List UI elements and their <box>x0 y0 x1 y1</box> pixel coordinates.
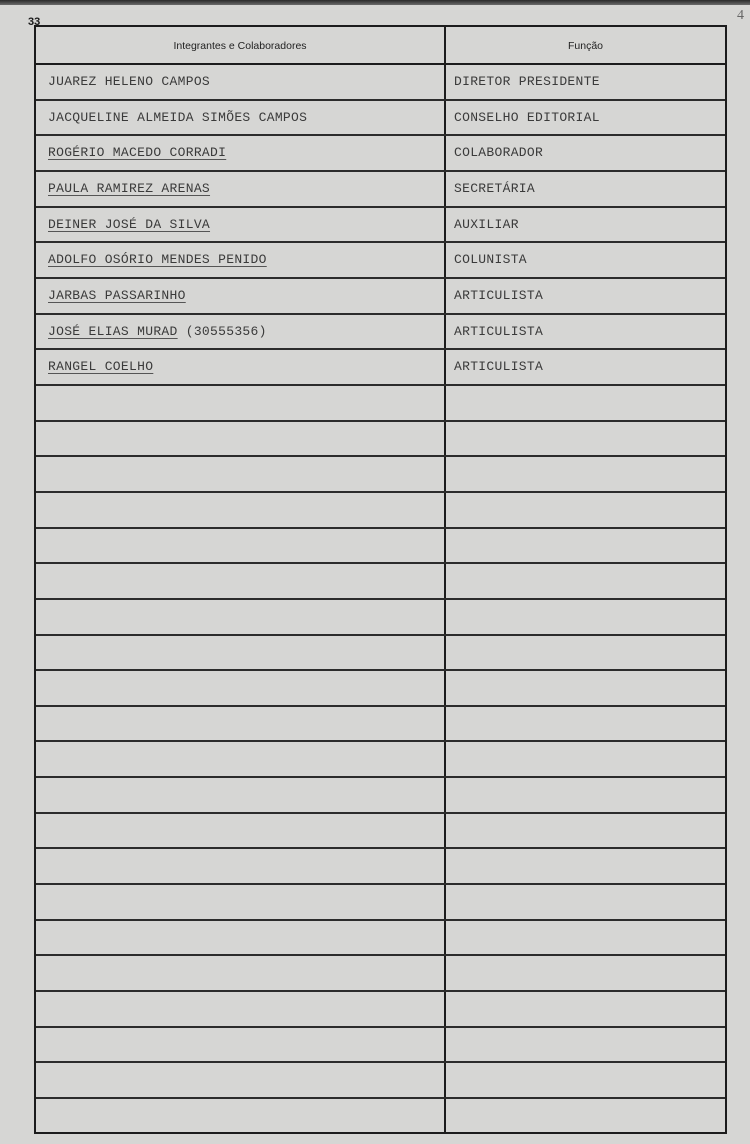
handwritten-page-mark: 4 <box>737 8 744 24</box>
member-name-cell: JARBAS PASSARINHO <box>48 279 186 313</box>
table-row: JACQUELINE ALMEIDA SIMÕES CAMPOSCONSELHO… <box>36 101 725 137</box>
header-role: Função <box>446 27 725 63</box>
table-row <box>36 814 725 850</box>
member-name-cell: RANGEL COELHO <box>48 350 153 384</box>
member-name-cell: DEINER JOSÉ DA SILVA <box>48 208 210 242</box>
member-role: DIRETOR PRESIDENTE <box>454 65 600 99</box>
table-row <box>36 671 725 707</box>
table-row: JARBAS PASSARINHOARTICULISTA <box>36 279 725 315</box>
table-row <box>36 493 725 529</box>
members-form-table: Integrantes e Colaboradores Função JUARE… <box>34 25 727 1134</box>
table-row <box>36 1028 725 1064</box>
member-name-cell: JOSÉ ELIAS MURAD (30555356) <box>48 315 267 349</box>
member-role: CONSELHO EDITORIAL <box>454 101 600 135</box>
table-row <box>36 1099 725 1135</box>
scan-top-edge <box>0 0 750 5</box>
member-name-cell: JACQUELINE ALMEIDA SIMÕES CAMPOS <box>48 101 307 135</box>
table-row <box>36 956 725 992</box>
member-role: ARTICULISTA <box>454 350 543 384</box>
member-name-cell: ROGÉRIO MACEDO CORRADI <box>48 136 226 170</box>
member-role: ARTICULISTA <box>454 279 543 313</box>
member-role: ARTICULISTA <box>454 315 543 349</box>
table-row <box>36 885 725 921</box>
table-row <box>36 707 725 743</box>
table-row <box>36 1063 725 1099</box>
table-row: ROGÉRIO MACEDO CORRADICOLABORADOR <box>36 136 725 172</box>
member-role: AUXILIAR <box>454 208 519 242</box>
member-name: DEINER JOSÉ DA SILVA <box>48 217 210 232</box>
member-role: COLUNISTA <box>454 243 527 277</box>
table-body: JUAREZ HELENO CAMPOSDIRETOR PRESIDENTEJA… <box>36 65 725 1132</box>
table-row <box>36 529 725 565</box>
table-header: Integrantes e Colaboradores Função <box>36 27 725 65</box>
table-row <box>36 457 725 493</box>
member-name-cell: ADOLFO OSÓRIO MENDES PENIDO <box>48 243 267 277</box>
table-row <box>36 921 725 957</box>
member-name-cell: JUAREZ HELENO CAMPOS <box>48 65 210 99</box>
member-name: RANGEL COELHO <box>48 359 153 374</box>
table-row <box>36 778 725 814</box>
table-row <box>36 636 725 672</box>
member-name: JOSÉ ELIAS MURAD <box>48 324 178 339</box>
table-row <box>36 564 725 600</box>
member-name: JACQUELINE ALMEIDA SIMÕES CAMPOS <box>48 110 307 125</box>
member-name: JARBAS PASSARINHO <box>48 288 186 303</box>
member-role: COLABORADOR <box>454 136 543 170</box>
table-row: JOSÉ ELIAS MURAD (30555356)ARTICULISTA <box>36 315 725 351</box>
member-name: JUAREZ HELENO CAMPOS <box>48 74 210 89</box>
member-name: ADOLFO OSÓRIO MENDES PENIDO <box>48 252 267 267</box>
member-name: PAULA RAMIREZ ARENAS <box>48 181 210 196</box>
table-row <box>36 992 725 1028</box>
member-role: SECRETÁRIA <box>454 172 535 206</box>
table-row: RANGEL COELHOARTICULISTA <box>36 350 725 386</box>
table-row: DEINER JOSÉ DA SILVAAUXILIAR <box>36 208 725 244</box>
table-row <box>36 422 725 458</box>
member-name-cell: PAULA RAMIREZ ARENAS <box>48 172 210 206</box>
table-row: ADOLFO OSÓRIO MENDES PENIDOCOLUNISTA <box>36 243 725 279</box>
table-row <box>36 742 725 778</box>
table-row: JUAREZ HELENO CAMPOSDIRETOR PRESIDENTE <box>36 65 725 101</box>
table-row <box>36 386 725 422</box>
table-row: PAULA RAMIREZ ARENASSECRETÁRIA <box>36 172 725 208</box>
member-name: ROGÉRIO MACEDO CORRADI <box>48 145 226 160</box>
table-row <box>36 600 725 636</box>
member-id: (30555356) <box>178 324 267 339</box>
header-members: Integrantes e Colaboradores <box>36 27 444 63</box>
table-row <box>36 849 725 885</box>
